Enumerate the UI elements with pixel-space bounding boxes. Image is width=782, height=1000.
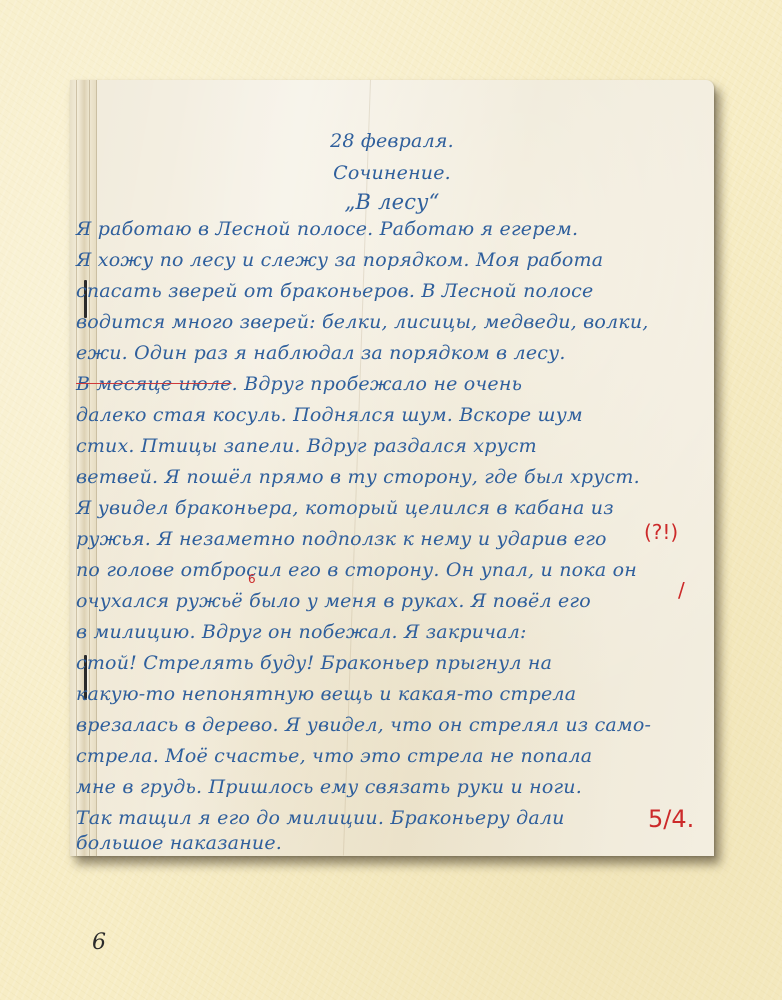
- notebook-page: 28 февраля. Сочинение. „В лесу“ Я работа…: [70, 80, 714, 856]
- teacher-correction: 6: [248, 572, 256, 586]
- essay-line: ружья. Я незаметно подползк к нему и уда…: [76, 528, 607, 550]
- essay-line: стих. Птицы запели. Вдруг раздался хруст: [76, 435, 537, 457]
- essay-line: далеко стая косуль. Поднялся шум. Вскоре…: [76, 404, 583, 426]
- essay-line: очухался ружьё было у меня в руках. Я по…: [76, 590, 591, 612]
- essay-line: ежи. Один раз я наблюдал за порядком в л…: [76, 342, 566, 364]
- essay-line: Я хожу по лесу и слежу за порядком. Моя …: [76, 249, 603, 271]
- essay-line: стой! Стрелять буду! Браконьер прыгнул н…: [76, 652, 552, 674]
- essay-line: Так тащил я его до милиции. Браконьеру д…: [76, 807, 565, 829]
- teacher-grade: 5/4.: [648, 805, 694, 833]
- essay-line: водится много зверей: белки, лисицы, мед…: [76, 311, 649, 333]
- page-number: 6: [92, 930, 106, 955]
- essay-title: „В лесу“: [70, 190, 714, 214]
- teacher-margin-tick: /: [678, 578, 685, 602]
- essay-line: спасать зверей от браконьеров. В Лесной …: [76, 280, 593, 302]
- struck-phrase: В месяце июле: [76, 373, 232, 395]
- essay-type: Сочинение.: [70, 162, 714, 184]
- essay-line: стрела. Моё счастье, что это стрела не п…: [76, 745, 592, 767]
- essay-line: В месяце июле. Вдруг пробежало не очень: [76, 373, 522, 395]
- essay-line: Я увидел браконьера, который целился в к…: [76, 497, 614, 519]
- essay-line: мне в грудь. Пришлось ему связать руки и…: [76, 776, 582, 798]
- teacher-margin-note: (?!): [644, 520, 678, 544]
- essay-date: 28 февраля.: [70, 130, 714, 152]
- essay-line: Я работаю в Лесной полосе. Работаю я еге…: [76, 218, 578, 240]
- essay-line: по голове отбросил его в сторону. Он упа…: [76, 559, 637, 581]
- essay-line: какую-то непонятную вещь и какая-то стре…: [76, 683, 576, 705]
- essay-line: большое наказание.: [76, 832, 282, 854]
- essay-line: врезалась в дерево. Я увидел, что он стр…: [76, 714, 651, 736]
- essay-line: в милицию. Вдруг он побежал. Я закричал:: [76, 621, 527, 643]
- essay-line: ветвей. Я пошёл прямо в ту сторону, где …: [76, 466, 640, 488]
